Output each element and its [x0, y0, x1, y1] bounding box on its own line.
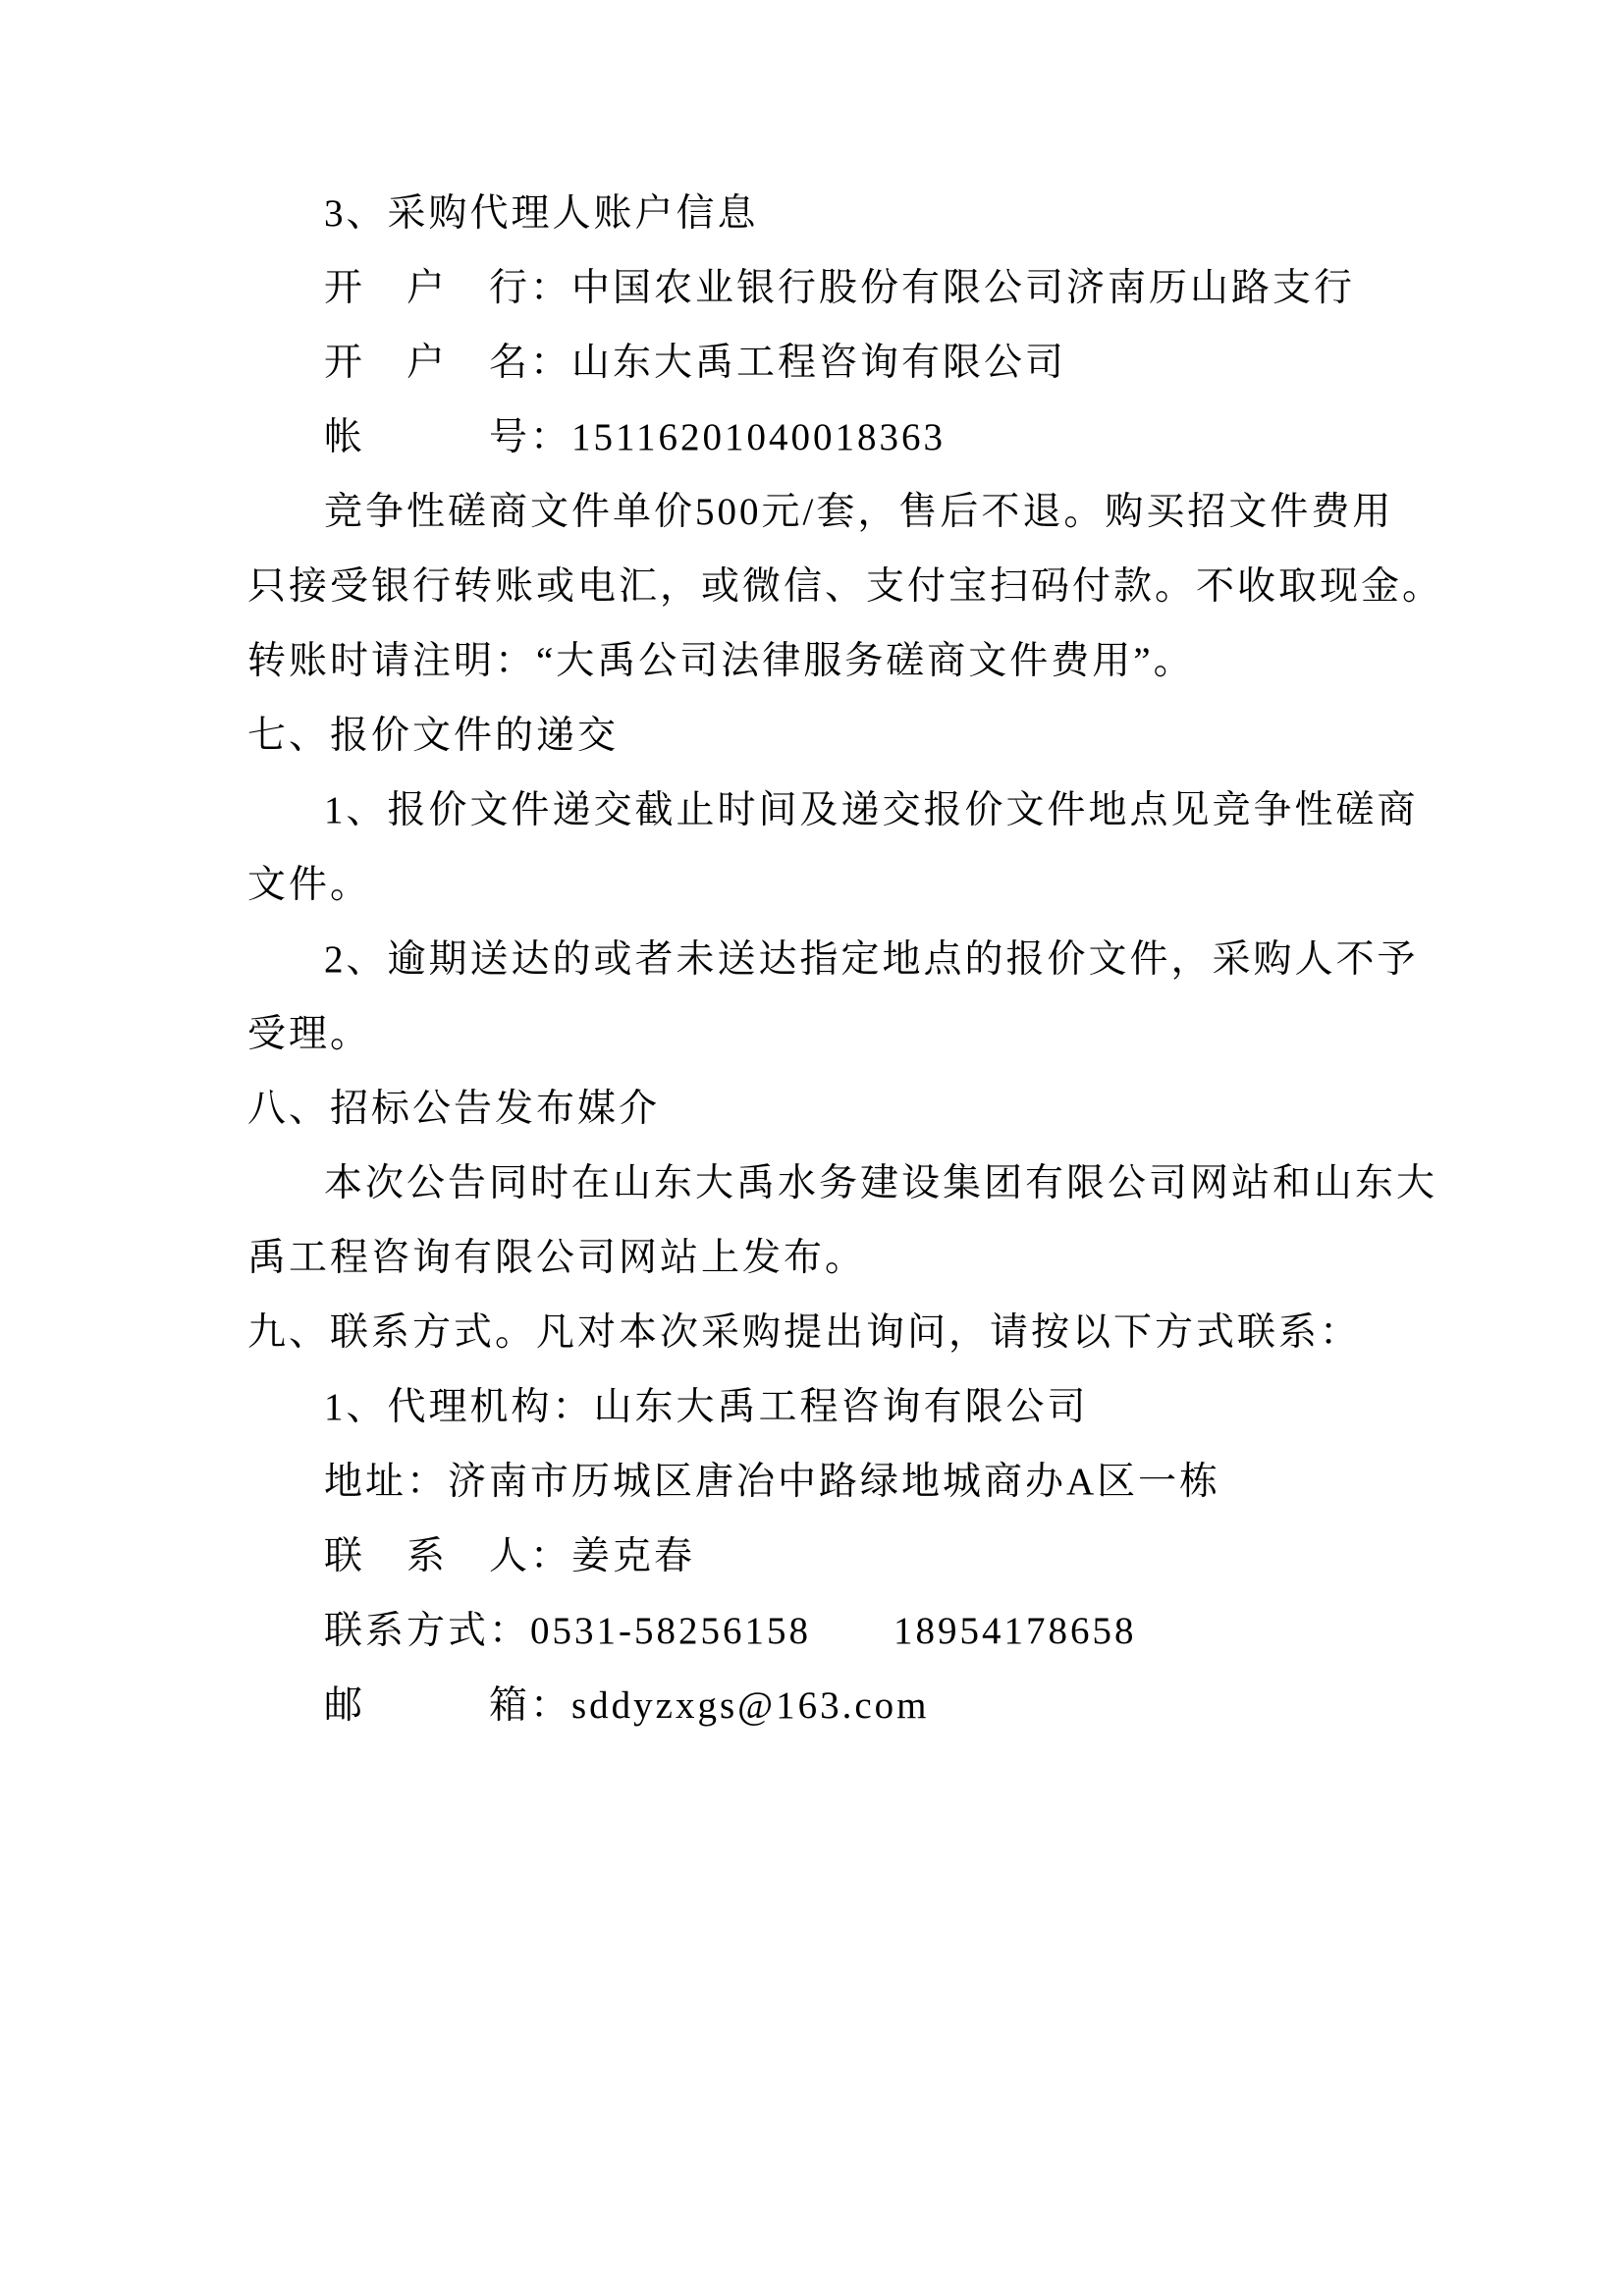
line-bank-name: 开 户 行：中国农业银行股份有限公司济南历山路支行 — [247, 251, 1426, 326]
line-submission-deadline-part1: 1、报价文件递交截止时间及递交报价文件地点见竞争性磋商 — [247, 774, 1426, 848]
line-announcement-media-part2: 禹工程咨询有限公司网站上发布。 — [247, 1221, 1426, 1296]
heading-section-nine-contact: 九、联系方式。凡对本次采购提出询问，请按以下方式联系： — [247, 1296, 1426, 1370]
line-agency-address: 地址：济南市历城区唐冶中路绿地城商办A区一栋 — [247, 1445, 1426, 1520]
heading-section-seven-submission: 七、报价文件的递交 — [247, 699, 1426, 774]
line-agency-name: 1、代理机构：山东大禹工程咨询有限公司 — [247, 1370, 1426, 1445]
line-doc-price-part1: 竞争性磋商文件单价500元/套，售后不退。购买招文件费用 — [247, 475, 1426, 550]
line-submission-deadline-part2: 文件。 — [247, 848, 1426, 923]
line-item3-account-info-heading: 3、采购代理人账户信息 — [247, 177, 1426, 251]
line-doc-price-part3: 转账时请注明：“大禹公司法律服务磋商文件费用”。 — [247, 624, 1426, 699]
line-account-number: 帐 号：15116201040018363 — [247, 400, 1426, 475]
line-doc-price-part2: 只接受银行转账或电汇，或微信、支付宝扫码付款。不收取现金。 — [247, 550, 1426, 624]
line-contact-person: 联 系 人：姜克春 — [247, 1520, 1426, 1594]
line-late-delivery-part1: 2、逾期送达的或者未送达指定地点的报价文件，采购人不予 — [247, 923, 1426, 997]
line-contact-email: 邮 箱：sddyzxgs@163.com — [247, 1669, 1426, 1743]
line-announcement-media-part1: 本次公告同时在山东大禹水务建设集团有限公司网站和山东大 — [247, 1147, 1426, 1221]
document-body: 3、采购代理人账户信息 开 户 行：中国农业银行股份有限公司济南历山路支行 开 … — [247, 177, 1426, 1743]
heading-section-eight-media: 八、招标公告发布媒介 — [247, 1072, 1426, 1147]
line-account-holder-name: 开 户 名：山东大禹工程咨询有限公司 — [247, 326, 1426, 400]
line-late-delivery-part2: 受理。 — [247, 997, 1426, 1072]
document-page: 3、采购代理人账户信息 开 户 行：中国农业银行股份有限公司济南历山路支行 开 … — [0, 0, 1624, 2296]
line-contact-phone: 联系方式：0531-58256158 18954178658 — [247, 1594, 1426, 1669]
